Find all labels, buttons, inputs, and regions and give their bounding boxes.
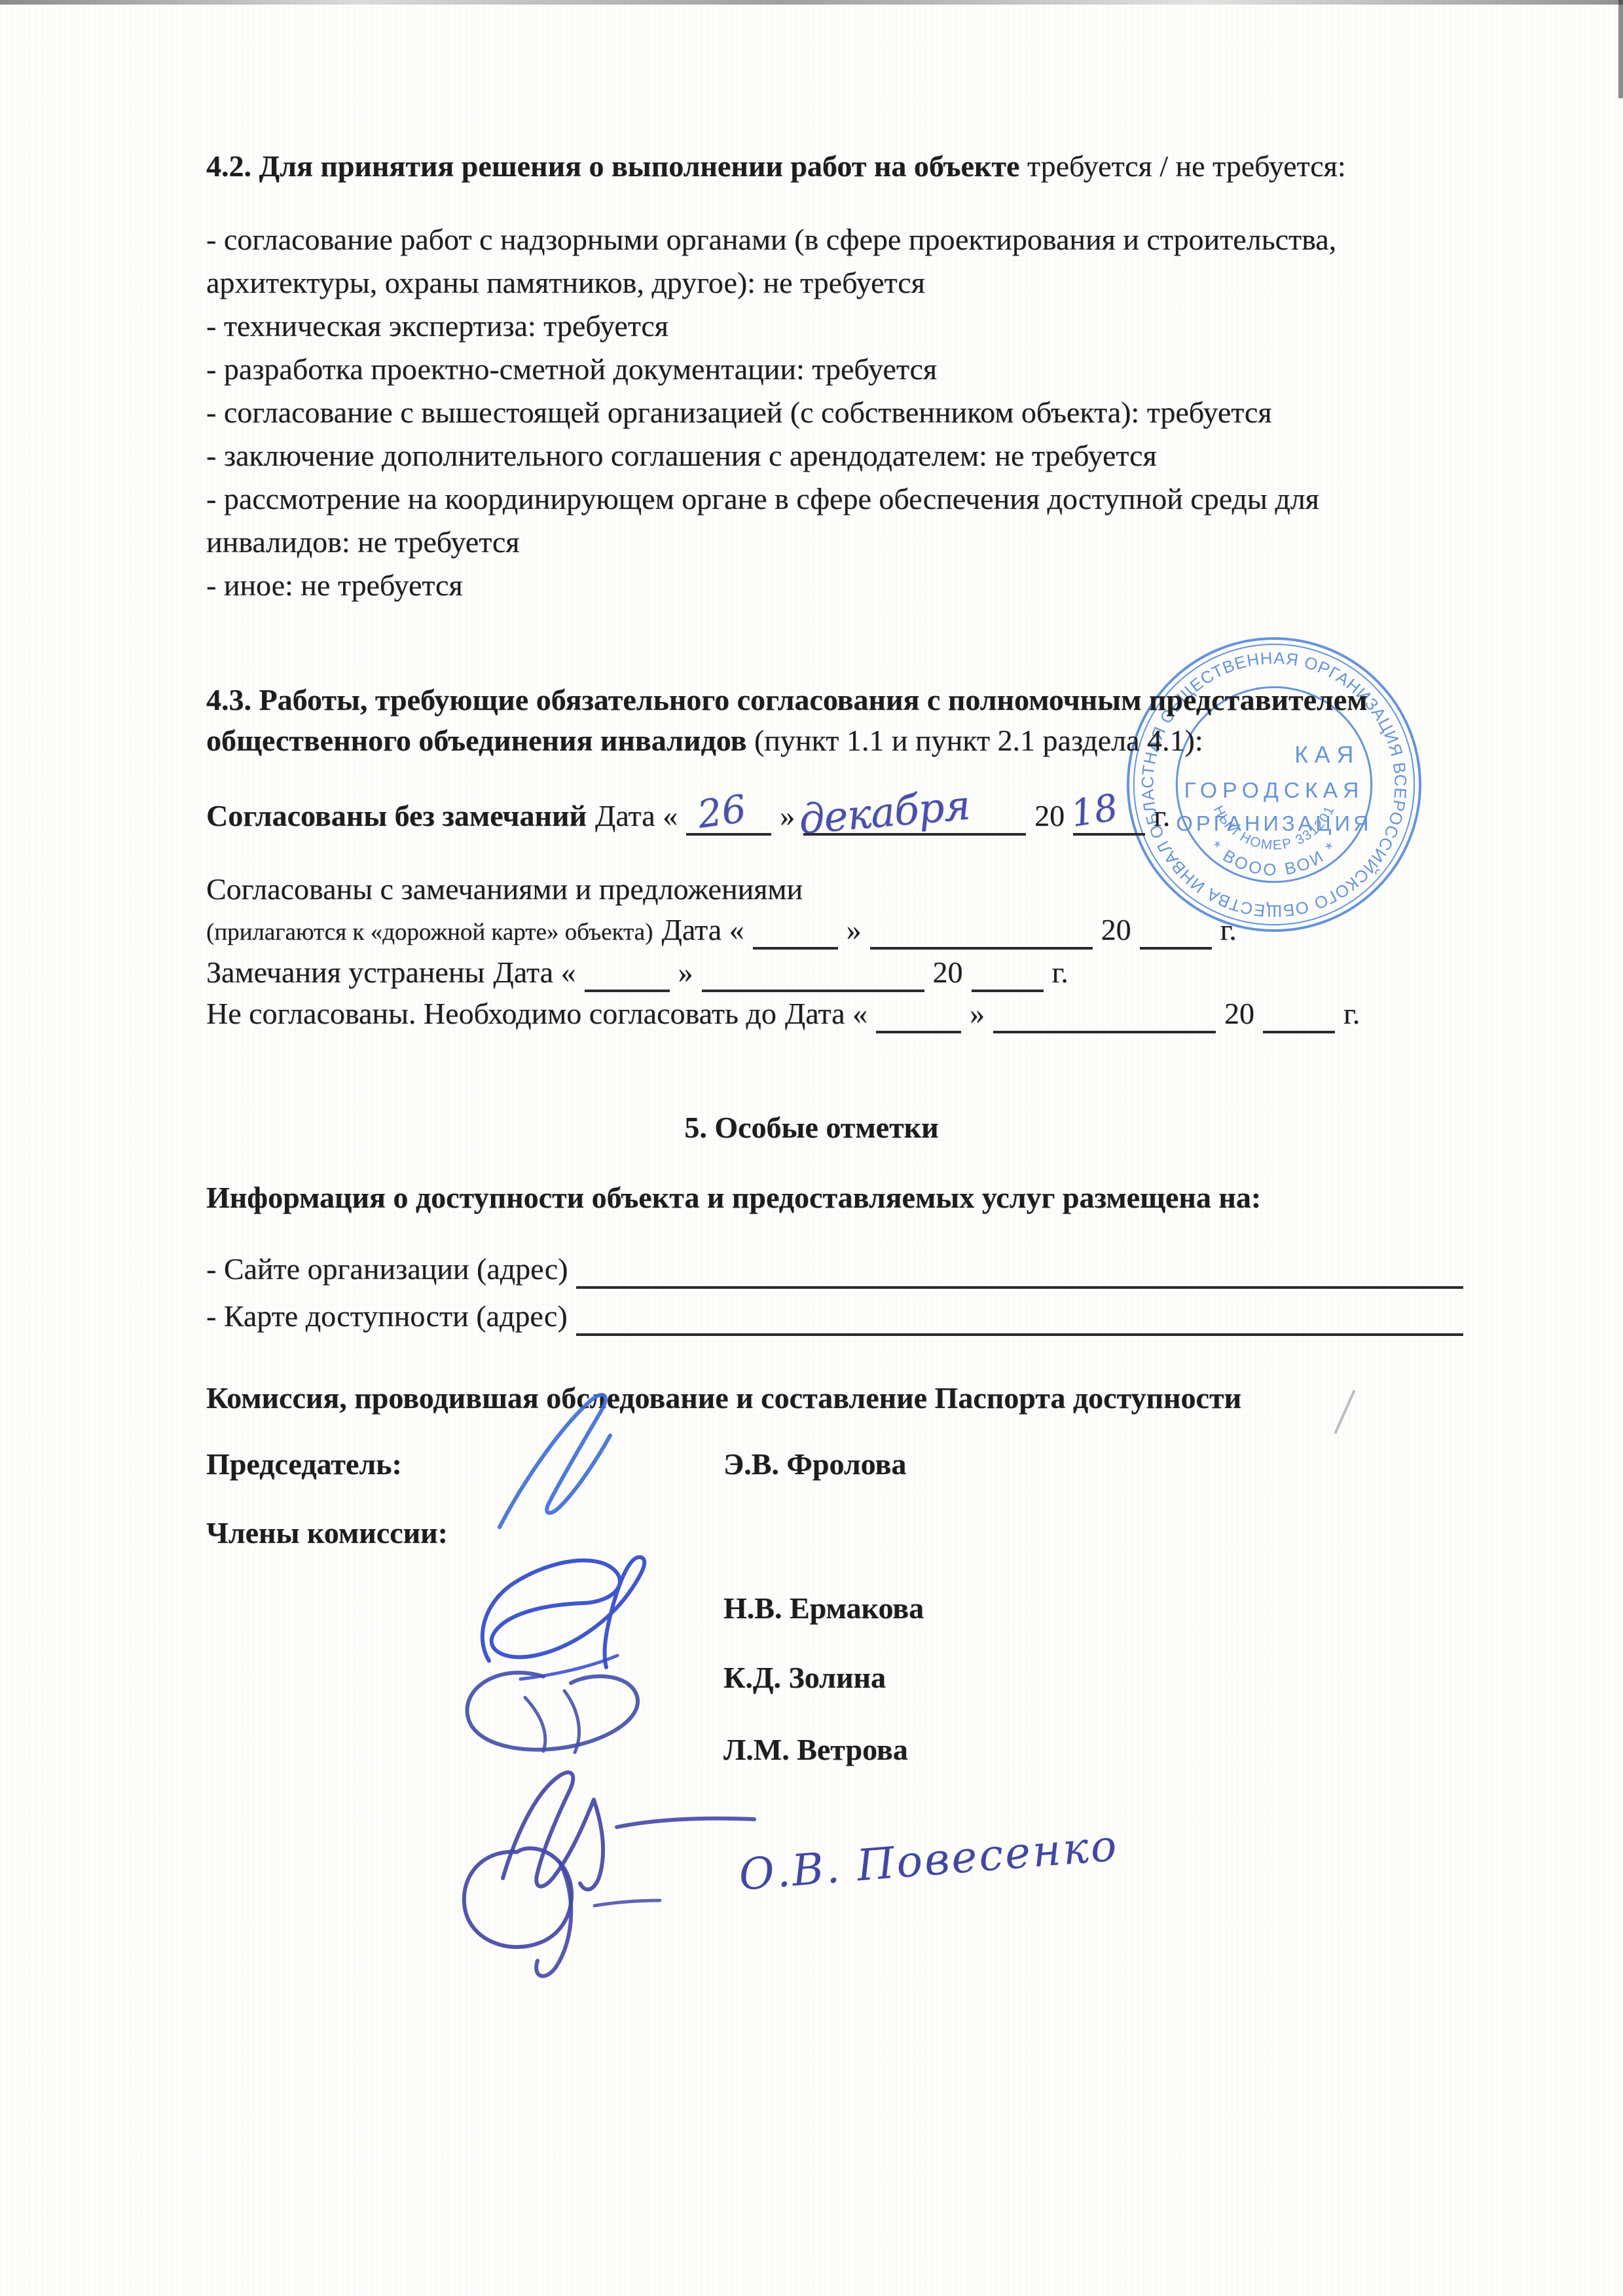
members-label: Члены комиссии: bbox=[206, 1515, 448, 1550]
section-4-2-heading-bold: 4.2. Для принятия решения о выполнении р… bbox=[206, 149, 1019, 183]
day-field: 26 bbox=[686, 825, 771, 836]
quote-close: » bbox=[970, 994, 985, 1033]
month-field bbox=[702, 982, 924, 992]
list-item: инвалидов: не требуется bbox=[206, 521, 1503, 564]
list-item: - рассмотрение на координирующем органе … bbox=[206, 477, 1503, 521]
list-item: архитектуры, охраны памятников, другое):… bbox=[206, 261, 1503, 305]
member-name-zolina: К.Д. Золина bbox=[723, 1660, 886, 1695]
scan-edge-artifact-right bbox=[1618, 0, 1623, 98]
quote-close: » bbox=[847, 910, 862, 950]
year-field: 18 bbox=[1073, 825, 1145, 836]
chair-label: Председатель: bbox=[206, 1447, 402, 1481]
quote-close: » bbox=[678, 953, 693, 992]
map-address-label: - Карте доступности (адрес) bbox=[206, 1297, 568, 1336]
commission-title: Комиссия, проводившая обследование и сос… bbox=[206, 1380, 1503, 1415]
handwritten-year: 18 bbox=[1068, 788, 1121, 834]
agreed-with-remarks-row: Согласованы с замечаниями и предложениям… bbox=[206, 870, 803, 909]
year-prefix: 20 bbox=[1101, 910, 1131, 950]
day-field bbox=[753, 939, 838, 950]
attach-note: (прилагаются к «дорожной карте» объекта) bbox=[206, 913, 653, 952]
year-suffix: г. bbox=[1220, 910, 1237, 950]
member-name-ermakova: Н.В. Ермакова bbox=[723, 1591, 924, 1625]
signature-frolova bbox=[481, 1375, 651, 1539]
site-address-row: - Сайте организации (адрес) bbox=[206, 1250, 1463, 1289]
year-prefix: 20 bbox=[1224, 994, 1254, 1033]
year-field bbox=[1263, 1023, 1335, 1033]
section-4-3-heading-tail: (пункт 1.1 и пункт 2.1 раздела 4.1): bbox=[746, 724, 1203, 757]
attach-note-date-row: (прилагаются к «дорожной карте» объекта)… bbox=[206, 910, 1237, 950]
handwritten-day: 26 bbox=[695, 788, 748, 834]
section-4-3-heading: 4.3. Работы, требующие обязательного сог… bbox=[206, 680, 1503, 761]
month-field: декабря bbox=[803, 825, 1026, 836]
chair-name: Э.В. Фролова bbox=[723, 1447, 906, 1481]
stamp-center-line2: ГОРОДСКАЯ bbox=[1184, 778, 1364, 803]
day-field bbox=[585, 982, 670, 992]
year-field bbox=[972, 982, 1044, 992]
list-item: - разработка проектно-сметной документац… bbox=[206, 348, 1503, 391]
agreed-no-remarks-row: Согласованы без замечаний Дата « 26 » де… bbox=[206, 796, 1170, 836]
remarks-fixed-label: Замечания устранены bbox=[206, 953, 484, 992]
section-5-title: 5. Особые отметки bbox=[0, 1110, 1623, 1145]
year-suffix: г. bbox=[1052, 953, 1068, 992]
list-item: - заключение дополнительного соглашения … bbox=[206, 434, 1503, 477]
handwritten-name-povesenko: О.В. Повесенко bbox=[737, 1820, 1120, 1900]
year-suffix: г. bbox=[1343, 994, 1360, 1033]
list-item: - согласование с вышестоящей организацие… bbox=[206, 391, 1503, 434]
site-address-field bbox=[576, 1278, 1463, 1289]
date-word: Дата « bbox=[785, 994, 867, 1033]
signature-povesenko-initial bbox=[440, 1806, 702, 1983]
section-5-info: Информация о доступности объекта и предо… bbox=[206, 1180, 1503, 1215]
date-word: Дата « bbox=[661, 910, 744, 950]
list-item: - иное: не требуется bbox=[206, 564, 1503, 607]
section-4-2-heading: 4.2. Для принятия решения о выполнении р… bbox=[206, 149, 1503, 183]
scan-edge-artifact-top bbox=[0, 0, 1623, 5]
list-item: - согласование работ с надзорными органа… bbox=[206, 218, 1503, 261]
handwritten-month: декабря bbox=[797, 785, 972, 840]
day-field bbox=[876, 1023, 961, 1033]
agreed-with-remarks-label: Согласованы с замечаниями и предложениям… bbox=[206, 870, 803, 909]
year-suffix: г. bbox=[1154, 796, 1170, 836]
scanned-document-page: ОБЛАСТНАЯ ОБЩЕСТВЕННАЯ ОРГАНИЗАЦИЯ ВСЕРО… bbox=[0, 0, 1623, 2296]
month-field bbox=[870, 939, 1093, 950]
site-address-label: - Сайте организации (адрес) bbox=[206, 1250, 568, 1289]
section-4-2-list: - согласование работ с надзорными органа… bbox=[206, 218, 1503, 607]
date-word: Дата « bbox=[493, 953, 575, 992]
quote-close: » bbox=[780, 796, 795, 836]
year-field bbox=[1140, 939, 1212, 950]
map-address-field bbox=[576, 1325, 1463, 1336]
not-agreed-row: Не согласованы. Необходимо согласовать д… bbox=[206, 994, 1360, 1033]
list-item: - техническая экспертиза: требуется bbox=[206, 305, 1503, 348]
year-prefix: 20 bbox=[933, 953, 963, 992]
year-prefix: 20 bbox=[1034, 796, 1065, 836]
agreed-no-remarks-label: Согласованы без замечаний bbox=[206, 796, 587, 836]
remarks-fixed-row: Замечания устранены Дата « » 20 г. bbox=[206, 953, 1068, 992]
not-agreed-label: Не согласованы. Необходимо согласовать д… bbox=[206, 994, 776, 1033]
map-address-row: - Карте доступности (адрес) bbox=[206, 1297, 1463, 1336]
section-4-2-heading-tail: требуется / не требуется: bbox=[1019, 149, 1345, 183]
date-word: Дата « bbox=[595, 796, 678, 836]
month-field bbox=[993, 1023, 1216, 1033]
stamp-center-line3: ОРГАНИЗАЦИЯ bbox=[1176, 811, 1372, 835]
